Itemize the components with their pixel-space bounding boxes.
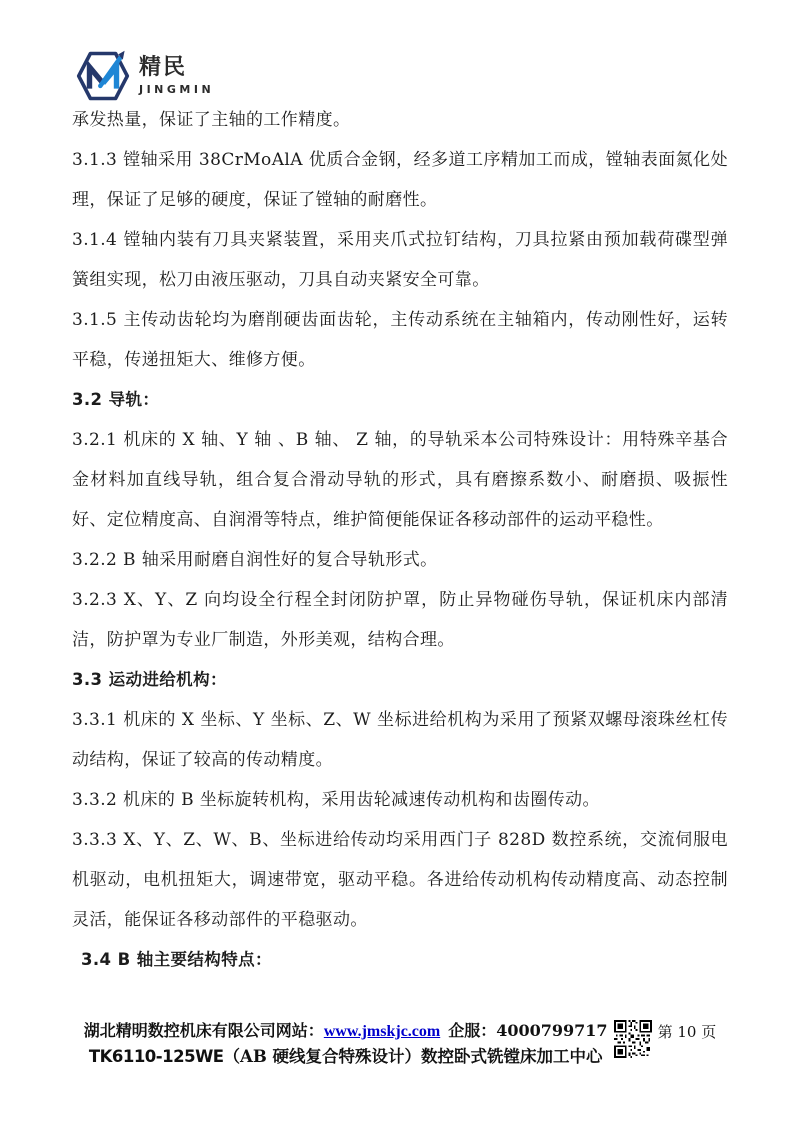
company-website-label: 湖北精明数控机床有限公司网站： [84, 1021, 324, 1040]
paragraph-continuation: 承发热量，保证了主轴的工作精度。 [72, 100, 728, 140]
hexagon-m-logo-icon [76, 48, 130, 104]
paragraph-3-3-3: 3.3.3 X、Y、Z、W、B、坐标进给传动均采用西门子 828D 数控系统，交… [72, 820, 728, 940]
page-footer: 湖北精明数控机床有限公司网站：www.jmskjc.com企服：40007997… [0, 1018, 800, 1070]
company-logo: 精民 JINGMIN [76, 48, 214, 104]
paragraph-3-1-3: 3.1.3 镗轴采用 38CrMoAlA 优质合金钢，经多道工序精加工而成，镗轴… [72, 140, 728, 220]
document-body: 承发热量，保证了主轴的工作精度。 3.1.3 镗轴采用 38CrMoAlA 优质… [72, 100, 728, 980]
product-model: TK6110-125WE [89, 1047, 224, 1066]
brand-name-en: JINGMIN [139, 83, 214, 96]
paragraph-3-3-2: 3.3.2 机床的 B 坐标旋转机构，采用齿轮减速传动机构和齿圈传动。 [72, 780, 728, 820]
paragraph-3-2-2: 3.2.2 B 轴采用耐磨自润性好的复合导轨形式。 [72, 540, 728, 580]
paragraph-3-2-1: 3.2.1 机床的 X 轴、Y 轴 、B 轴、 Z 轴，的导轨采本公司特殊设计：… [72, 420, 728, 540]
footer-text: 湖北精明数控机床有限公司网站：www.jmskjc.com企服：40007997… [84, 1018, 608, 1070]
paragraph-3-1-4: 3.1.4 镗轴内装有刀具夹紧装置，采用夹爪式拉钉结构，刀具拉紧由预加载荷碟型弹… [72, 220, 728, 300]
document-page: 精民 JINGMIN 承发热量，保证了主轴的工作精度。 3.1.3 镗轴采用 3… [0, 0, 800, 1131]
service-phone-label: 企服：4000799717 [448, 1021, 607, 1040]
brand-name-cn: 精民 [139, 56, 214, 80]
logo-text: 精民 JINGMIN [139, 56, 214, 96]
website-link[interactable]: www.jmskjc.com [324, 1023, 440, 1040]
heading-3-3-feed-mechanism: 3.3 运动进给机构： [72, 660, 728, 700]
paragraph-3-3-1: 3.3.1 机床的 X 坐标、Y 坐标、Z、W 坐标进给机构为采用了预紧双螺母滚… [72, 700, 728, 780]
page-number: 第 10 页 [658, 1020, 717, 1045]
heading-3-2-guideways: 3.2 导轨： [72, 380, 728, 420]
footer-product-line: TK6110-125WE（AB 硬线复合特殊设计）数控卧式铣镗床加工中心 [84, 1044, 608, 1070]
heading-3-4-b-axis-features: 3.4 B 轴主要结构特点： [72, 940, 728, 980]
paragraph-3-2-3: 3.2.3 X、Y、Z 向均设全行程全封闭防护罩，防止异物碰伤导轨，保证机床内部… [72, 580, 728, 660]
paragraph-3-1-5: 3.1.5 主传动齿轮均为磨削硬齿面齿轮，主传动系统在主轴箱内，传动刚性好，运转… [72, 300, 728, 380]
product-description: （AB 硬线复合特殊设计）数控卧式铣镗床加工中心 [224, 1047, 603, 1066]
qr-code-icon [614, 1020, 652, 1058]
footer-contact-line: 湖北精明数控机床有限公司网站：www.jmskjc.com企服：40007997… [84, 1018, 608, 1044]
